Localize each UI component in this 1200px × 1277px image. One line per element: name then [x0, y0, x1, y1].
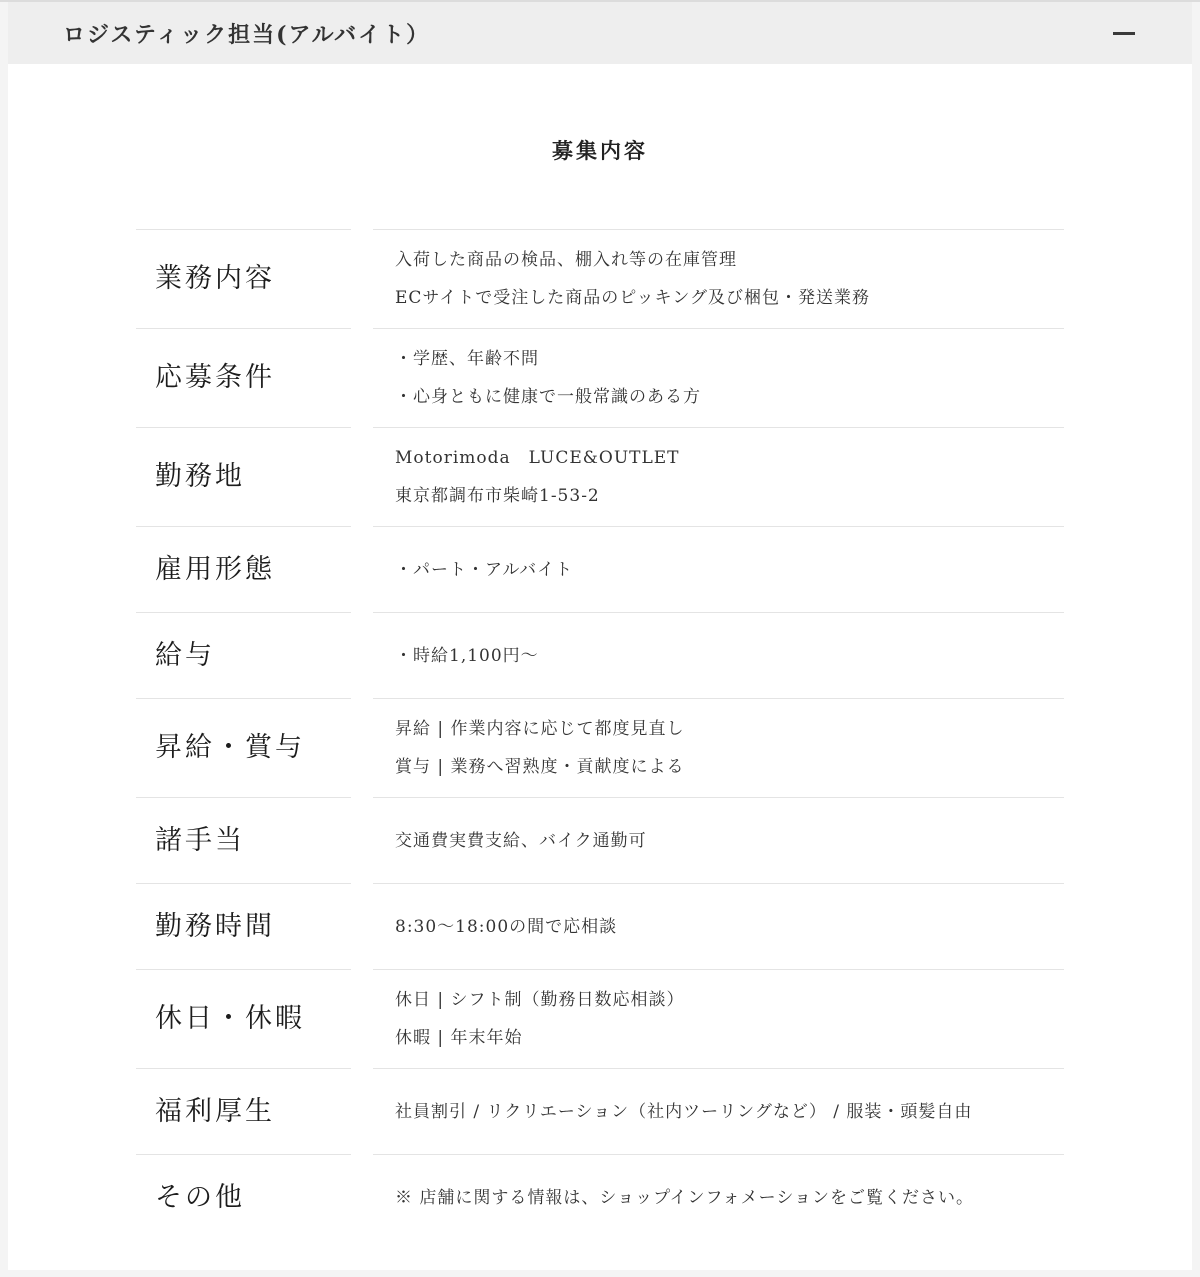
table-row: 応募条件 ・学歴、年齢不問・心身ともに健康で一般常識のある方: [136, 328, 1064, 427]
row-value-line: 東京都調布市柴崎1-53-2: [395, 477, 1054, 515]
row-label: 応募条件: [136, 328, 351, 427]
row-label: その他: [136, 1154, 351, 1240]
row-value-line: ・心身ともに健康で一般常識のある方: [395, 378, 1054, 416]
table-row: 昇給・賞与 昇給 | 作業内容に応じて都度見直し賞与 | 業務へ習熟度・貢献度に…: [136, 698, 1064, 797]
row-value: Motorimoda LUCE&OUTLET東京都調布市柴崎1-53-2: [373, 427, 1064, 526]
table-row: その他 ※ 店舗に関する情報は、ショップインフォメーションをご覧ください。: [136, 1154, 1064, 1240]
row-value-line: ・パート・アルバイト: [395, 551, 1054, 589]
row-value-line: 賞与 | 業務へ習熟度・貢献度による: [395, 748, 1054, 786]
accordion-title: ロジスティック担当(アルバイト）: [63, 18, 430, 49]
row-value-line: ・学歴、年齢不問: [395, 340, 1054, 378]
row-value: ・時給1,100円〜: [373, 612, 1064, 698]
table-row: 勤務時間 8:30〜18:00の間で応相談: [136, 883, 1064, 969]
section-heading: 募集内容: [8, 136, 1192, 165]
row-value-line: 8:30〜18:00の間で応相談: [395, 908, 1054, 946]
accordion-body: 募集内容 業務内容 入荷した商品の検品、棚入れ等の在庫管理ECサイトで受注した商…: [8, 64, 1192, 1270]
recruitment-table: 業務内容 入荷した商品の検品、棚入れ等の在庫管理ECサイトで受注した商品のピッキ…: [136, 229, 1064, 1240]
row-value: 昇給 | 作業内容に応じて都度見直し賞与 | 業務へ習熟度・貢献度による: [373, 698, 1064, 797]
row-value: 休日 | シフト制（勤務日数応相談）休暇 | 年末年始: [373, 969, 1064, 1068]
row-label: 昇給・賞与: [136, 698, 351, 797]
row-value: 入荷した商品の検品、棚入れ等の在庫管理ECサイトで受注した商品のピッキング及び梱…: [373, 229, 1064, 328]
row-label: 諸手当: [136, 797, 351, 883]
row-value: ※ 店舗に関する情報は、ショップインフォメーションをご覧ください。: [373, 1154, 1064, 1240]
row-value: ・学歴、年齢不問・心身ともに健康で一般常識のある方: [373, 328, 1064, 427]
row-label: 給与: [136, 612, 351, 698]
row-label: 勤務地: [136, 427, 351, 526]
row-value-line: 休日 | シフト制（勤務日数応相談）: [395, 981, 1054, 1019]
row-value-line: ECサイトで受注した商品のピッキング及び梱包・発送業務: [395, 279, 1054, 317]
job-accordion-panel: ロジスティック担当(アルバイト） 募集内容 業務内容 入荷した商品の検品、棚入れ…: [8, 2, 1192, 1270]
row-value: 交通費実費支給、バイク通勤可: [373, 797, 1064, 883]
row-value-line: 入荷した商品の検品、棚入れ等の在庫管理: [395, 241, 1054, 279]
collapse-minus-icon[interactable]: [1113, 32, 1135, 35]
row-value: ・パート・アルバイト: [373, 526, 1064, 612]
row-label: 勤務時間: [136, 883, 351, 969]
row-value-line: Motorimoda LUCE&OUTLET: [395, 439, 1054, 477]
row-value: 8:30〜18:00の間で応相談: [373, 883, 1064, 969]
table-row: 雇用形態 ・パート・アルバイト: [136, 526, 1064, 612]
row-value-line: 昇給 | 作業内容に応じて都度見直し: [395, 710, 1054, 748]
table-row: 諸手当 交通費実費支給、バイク通勤可: [136, 797, 1064, 883]
row-value: 社員割引 / リクリエーション（社内ツーリングなど） / 服装・頭髪自由: [373, 1068, 1064, 1154]
row-value-line: 休暇 | 年末年始: [395, 1019, 1054, 1057]
accordion-header[interactable]: ロジスティック担当(アルバイト）: [8, 2, 1192, 64]
row-label: 業務内容: [136, 229, 351, 328]
row-label: 福利厚生: [136, 1068, 351, 1154]
row-value-line: ※ 店舗に関する情報は、ショップインフォメーションをご覧ください。: [395, 1179, 1054, 1217]
table-row: 休日・休暇 休日 | シフト制（勤務日数応相談）休暇 | 年末年始: [136, 969, 1064, 1068]
table-row: 給与 ・時給1,100円〜: [136, 612, 1064, 698]
row-value-line: 交通費実費支給、バイク通勤可: [395, 822, 1054, 860]
row-value-line: ・時給1,100円〜: [395, 637, 1054, 675]
table-row: 勤務地 Motorimoda LUCE&OUTLET東京都調布市柴崎1-53-2: [136, 427, 1064, 526]
table-row: 福利厚生 社員割引 / リクリエーション（社内ツーリングなど） / 服装・頭髪自…: [136, 1068, 1064, 1154]
row-label: 雇用形態: [136, 526, 351, 612]
row-label: 休日・休暇: [136, 969, 351, 1068]
table-row: 業務内容 入荷した商品の検品、棚入れ等の在庫管理ECサイトで受注した商品のピッキ…: [136, 229, 1064, 328]
row-value-line: 社員割引 / リクリエーション（社内ツーリングなど） / 服装・頭髪自由: [395, 1093, 1054, 1131]
